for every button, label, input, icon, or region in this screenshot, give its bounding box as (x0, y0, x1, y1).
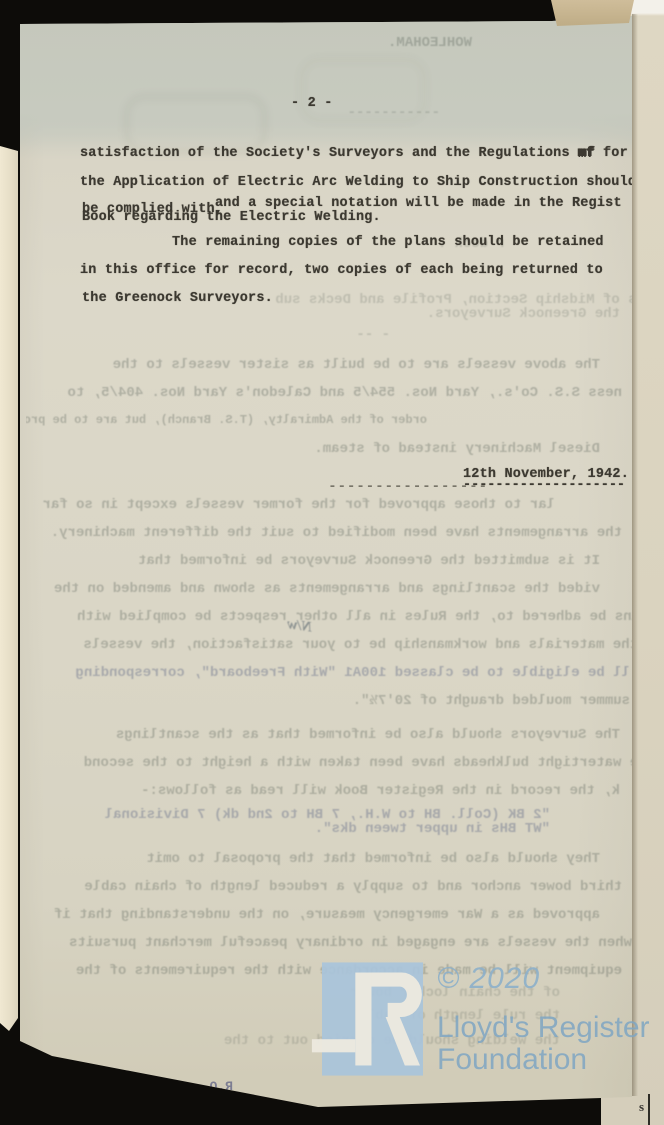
bleed-through-line: The above vessels are to be built as sis… (113, 357, 600, 373)
bleed-through-line: vided the scantlings and arrangements as… (54, 581, 600, 597)
bleed-through-line: ness S.S. Co's., Yard Nos. 554/5 and Cal… (68, 385, 623, 401)
date-underline: -------------------- (463, 478, 625, 493)
bleed-through-line: The Surveyors should also be informed th… (116, 727, 620, 743)
struck-out-typo: mf (578, 146, 595, 161)
corner-letter: s (639, 1099, 644, 1115)
bleed-through-line: summer moulded draught of 20'7½". (353, 693, 630, 709)
ghost-stamp-mark (125, 95, 266, 153)
body-line-3-overstruck-b: Book regarding the Electric Welding. (82, 210, 381, 225)
bleed-through-line: R.O. (202, 1079, 233, 1094)
left-paper-strip (0, 0, 19, 1125)
bleed-through-line: the materials and workmanship be to your… (84, 637, 639, 653)
bleed-through-line: It is submitted the Greenock Surveyors b… (138, 553, 600, 569)
bleed-through-line: They should also be informed that the pr… (146, 851, 600, 867)
bleed-through-line: approved as a War emergency measure, on … (54, 907, 600, 923)
body-line-1: satisfaction of the Society's Surveyors … (80, 146, 628, 161)
body-line-5: in this office for record, two copies of… (80, 263, 603, 278)
bleed-through-line: N/w (286, 616, 313, 636)
body-line-6: the Greenock Surveyors. (82, 291, 273, 306)
bleed-through-line: the rule length of cable (358, 1008, 560, 1024)
page-number: - 2 - (291, 96, 333, 111)
bleed-through-line: Diesel Machinery instead of steam. (314, 441, 600, 457)
bleed-through-line: the welding should be carried out to the (224, 1033, 560, 1049)
bleed-through-line: lar to those approved for the former ves… (43, 497, 555, 513)
bleed-through-line: ans be adhered to, the Rules in all othe… (77, 609, 640, 625)
bleed-through-line: third bower anchor and to supply a reduc… (84, 879, 622, 895)
bleed-through-line: - -- (356, 327, 390, 343)
body-line-1-post: for (595, 146, 628, 161)
bleed-through-line: equipment will be made in accordance wit… (76, 963, 622, 979)
bleed-through-line: the Greenock Surveyors. (427, 306, 620, 322)
body-line-4: The remaining copies of the plans should… (172, 235, 604, 250)
bleed-through-layer: WOHLEOHAM.-----------r deck .ns of Midsh… (0, 0, 664, 1125)
bleed-through-line: when the vessels are engaged in ordinary… (69, 935, 632, 951)
document-page: WOHLEOHAM.-----------r deck .ns of Midsh… (0, 0, 664, 1125)
bleed-through-line: the watertight bulkheads have been taken… (84, 755, 655, 771)
ghost-stamp-mark (300, 58, 426, 122)
scanned-document-photo: { "document": { "page_number": "- 2 -", … (0, 0, 664, 1125)
bleed-through-line: ns of Midship Section, Profile and Decks… (275, 292, 645, 308)
body-line-1-pre: satisfaction of the Society's Surveyors … (80, 146, 578, 161)
bleed-through-line: k, the record in the Register Book will … (141, 783, 620, 799)
body-line-2: the Application of Electric Arc Welding … (80, 175, 636, 190)
bleed-through-line: the arrangements have been modified to s… (51, 525, 622, 541)
bleed-through-line: ll be eligible to be classed 100A1 "With… (76, 665, 631, 681)
bleed-through-line: "2 BK (Coll. BH to W.H., 7 BH to 2nd dk)… (105, 807, 550, 823)
right-sheet-edge-shadow (632, 14, 638, 1096)
bleed-through-line: "WT BHs in upper tween dks". (315, 821, 550, 837)
bleed-through-line: of the chain locker bower (350, 985, 560, 1001)
body-line-3-inserted: and a special notation will be made in t… (215, 196, 622, 211)
right-sheet-crease-line (648, 1094, 650, 1125)
bleed-through-line: order of the Admiralty, (T.S. Branch), b… (0, 413, 427, 427)
